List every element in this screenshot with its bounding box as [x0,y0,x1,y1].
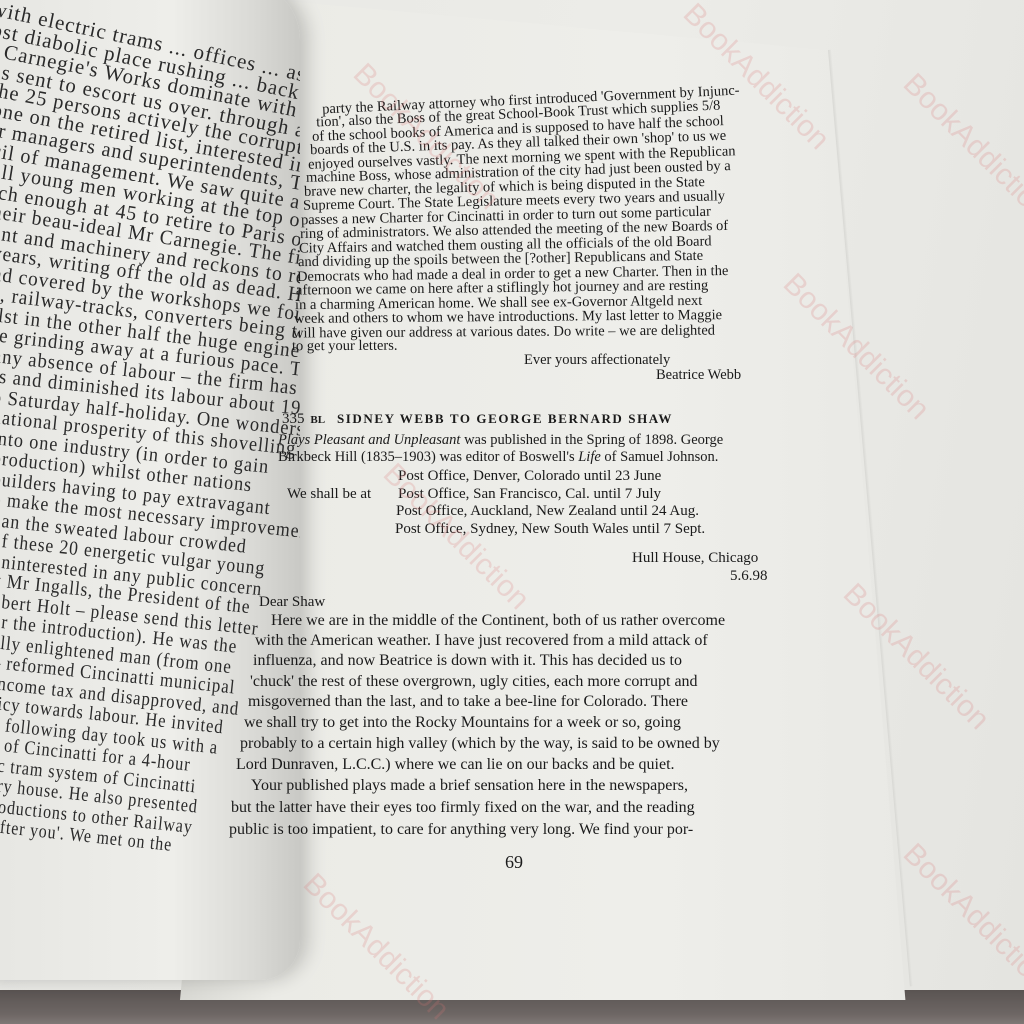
address-label: We shall be at [287,486,371,503]
book-title-italic: Plays Pleasant and Unpleasant [278,432,460,448]
letter-heading: 335 BL SIDNEY WEBB TO GEORGE BERNARD SHA… [282,410,673,428]
note-text: was published in the Spring of 1898. Geo… [460,432,723,448]
body-line: 'chuck' the rest of these overgrown, ugl… [250,673,698,691]
letter-title: SIDNEY WEBB TO GEORGE BERNARD SHAW [337,411,673,426]
address-line: Post Office, Denver, Colorado until 23 J… [398,468,661,485]
body-line: misgoverned than the last, and to take a… [248,693,688,711]
note-text: Birkbeck Hill (1835–1903) was editor of … [278,449,578,465]
body-line: but the latter have their eyes too firml… [231,799,695,817]
address-line: Post Office, Auckland, New Zealand until… [396,503,699,520]
editorial-note-line-1: Plays Pleasant and Unpleasant was publis… [278,432,723,449]
letter-date: 5.6.98 [730,568,768,585]
letter-number: 335 [282,411,305,427]
salutation: Dear Shaw [259,594,325,611]
editorial-note-line-2: Birkbeck Hill (1835–1903) was editor of … [278,449,718,466]
address-line: Post Office, San Francisco, Cal. until 7… [398,486,661,503]
right-page-text: party the Railway attorney who first int… [0,0,1024,1024]
letter-signature: Beatrice Webb [656,367,741,384]
body-line: with the American weather. I have just r… [255,632,708,650]
body-line: Your published plays made a brief sensat… [251,777,688,795]
letter-source: BL [310,414,325,426]
body-line: Here we are in the middle of the Contine… [271,612,725,630]
body-line: influenza, and now Beatrice is down with… [253,652,682,670]
note-text: of Samuel Johnson. [601,449,719,465]
text-line: to get your letters. [292,338,398,356]
body-line: Lord Dunraven, L.C.C.) where we can lie … [236,756,675,774]
body-line: probably to a certain high valley (which… [240,735,720,753]
body-line: we shall try to get into the Rocky Mount… [244,714,681,732]
address-line: Post Office, Sydney, New South Wales unt… [395,521,705,538]
letter-place: Hull House, Chicago [632,550,758,567]
body-line: public is too impatient, to care for any… [229,821,693,839]
book-title-italic: Life [578,449,601,465]
letter-closing: Ever yours affectionately [524,352,670,369]
page-number: 69 [505,852,523,873]
